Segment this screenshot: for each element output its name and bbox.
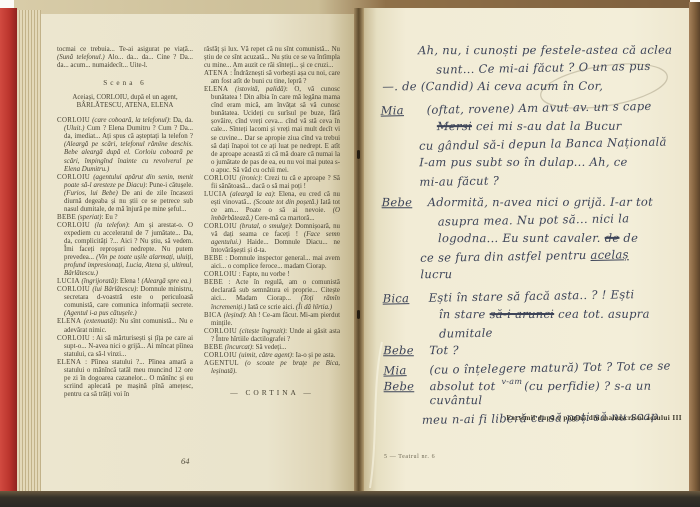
manuscript-text: logodna... Eu sunt cavaler. (438, 231, 605, 245)
speaker-name: CORLOIU (204, 328, 237, 335)
manuscript-text: Mersi (437, 119, 472, 133)
dialogue-line: LUCIA (aleargă la ea): Elena, eu cred că… (204, 191, 340, 223)
manuscript-line: cu gândul să-i depun la Banca Națională (379, 135, 679, 153)
manuscript-line: Bebeabsolut tot v-am(cu perfidie) ? s-a … (382, 380, 682, 408)
speaker-name: ATENA (204, 70, 228, 77)
book-bottom-shadow (0, 491, 700, 507)
manuscript-text: cei mi s-au dat la Bucur (472, 119, 622, 133)
speaker-name: BEBE (204, 344, 223, 351)
manuscript-text: mi-au făcut ? (419, 174, 499, 189)
right-page: Ah, nu, i cunoști pe festele-astea că ac… (364, 8, 689, 492)
speaker-name: LUCIA (204, 191, 227, 198)
manuscript-text: în stare (439, 307, 490, 321)
right-cover-edge (689, 2, 700, 507)
dialogue-line: LUCIA (îngrijorată): Elena ! (Aleargă sp… (57, 278, 193, 286)
speaker-name: ELENA (57, 318, 81, 325)
speaker-name: BEBE (57, 214, 76, 221)
manuscript-line: —. de (Candid) Ai ceva acum în Cor, (378, 80, 678, 94)
curtain-label: — CORTINA — (204, 389, 340, 397)
manuscript-line: BebeAdormită, n-avea nici o grijă. I-ar … (380, 196, 680, 210)
dialogue-line: BEBE (speriat): Eu ? (57, 214, 193, 222)
manuscript-line: asupra mea. Nu pot să... nici la (380, 211, 680, 229)
manuscript-text: dumitale (439, 326, 493, 341)
facsimile-caption: Facsimil după o pagină din manuscrisul a… (484, 414, 682, 422)
speaker-margin-name: Bebe (384, 380, 415, 393)
manuscript-line: Mersi cei mi s-au dat la Bucur (379, 120, 679, 134)
manuscript-line: logodna... Eu sunt cavaler. de de (380, 232, 680, 246)
manuscript-line: BicaEști în stare să facă asta.. ? ! Eșt… (381, 287, 681, 305)
scene-heading: Scena 6 (57, 79, 193, 87)
manuscript-text: (oftat, rovene) Am avut av. un s cape (427, 99, 652, 117)
manuscript-line: Mia(oftat, rovene) Am avut av. un s cape (379, 99, 679, 117)
manuscript-text: v-am (501, 377, 522, 386)
manuscript-text: cea tot. asupra (554, 307, 650, 321)
manuscript-line: Mia(cu o înțelegere matură) Tot ? Tot ce… (381, 359, 681, 377)
dialogue-line: CORLOIU : Ai să mărturisești și țîța pe … (57, 335, 193, 359)
dialogue-line: BEBE (încurcat): Să vedeți... (204, 344, 340, 352)
manuscript-line: dumitale (381, 323, 681, 341)
speaker-name: CORLOIU (57, 117, 90, 124)
manuscript-line: BebeTot ? (381, 344, 681, 358)
manuscript-text: să-i arunci (490, 307, 555, 321)
manuscript-line: mi-au făcut ? (379, 171, 679, 189)
dialogue-line: ELENA (istovită, palidă): O, vă cunosc b… (204, 86, 340, 175)
speaker-name: CORLOIU (204, 223, 237, 230)
speaker-name: CORLOIU (57, 335, 90, 342)
manuscript-text: de (605, 231, 620, 245)
stitch-thread (357, 150, 360, 159)
speaker-name: CORLOIU (204, 352, 237, 359)
manuscript-line: în stare să-i arunci cea tot. asupra (381, 308, 681, 322)
speaker-name: AGENTUL (204, 360, 239, 367)
speaker-margin-name: Mia (383, 364, 406, 377)
speaker-name: ELENA (204, 86, 228, 93)
manuscript-text: ce se fura din astfel pentru (420, 248, 590, 265)
manuscript-text: sunt... Ce mi-ai făcut ? O un as pus (436, 59, 651, 77)
left-column-1: tocmai ce trebuia... Te-ai asigurat pe v… (57, 46, 193, 494)
dialogue-line: AGENTUL (o scoate pe brațe pe Bica, leși… (204, 360, 340, 376)
speaker-name: ELENA (57, 359, 81, 366)
red-cover-spine (0, 8, 17, 502)
signature-footer: 5 — Teatrul nr. 6 (384, 454, 435, 460)
binding-gutter (354, 8, 364, 494)
speaker-name: CORLOIU (204, 175, 237, 182)
speaker-margin-name: Mia (381, 104, 404, 117)
manuscript-text: Adormită, n-avea nici o grijă. I-ar tot (428, 195, 653, 209)
dialogue-line: CORLOIU (lui Bârlătescu): Domnule minist… (57, 286, 193, 318)
manuscript-text: absolut tot (430, 379, 500, 393)
manuscript-text: —. de (Candid) Ai ceva acum în Cor, (382, 79, 603, 93)
manuscript-text: acelaș (590, 247, 629, 262)
cast-line: BÂRLĂTESCU, ATENA, ELENA (57, 102, 193, 110)
manuscript-line: sunt... Ce mi-ai făcut ? O un as pus (378, 59, 678, 77)
manuscript-line: Ah, nu, i cunoști pe festele-astea că ac… (378, 44, 678, 58)
speaker-name: BICA (204, 312, 222, 319)
dialogue-line: BICA (leșind): Ah ! Ce-am făcut. Mi-am p… (204, 312, 340, 328)
manuscript-lines: Ah, nu, i cunoști pe festele-astea că ac… (378, 42, 682, 431)
page-number: 64 (181, 456, 190, 466)
dialogue-line: BEBE : Acte în regulă, am o comunistă de… (204, 279, 340, 311)
dialogue-line: BEBE : Domnule inspector general... mai … (204, 255, 340, 271)
paragraph: răsfăț și lux. Vă repet că nu sînt comun… (204, 46, 340, 70)
manuscript-text: Ești în stare să facă asta.. ? ! Ești (429, 287, 635, 305)
dialogue-line: CORLOIU (ironic): Crezi tu că e aproape … (204, 175, 340, 191)
dialogue-line: ATENA : Îndrăznești să vorbești așa cu n… (204, 70, 340, 86)
manuscript-text: de (619, 231, 638, 245)
speaker-name: LUCIA (57, 278, 80, 285)
dialogue-line: CORLOIU (brutal, o smulge): Domnișoară, … (204, 223, 340, 255)
manuscript-text: asupra mea. Nu pot să... nici la (438, 211, 630, 228)
printed-text-area: tocmai ce trebuia... Te-ai asigurat pe v… (57, 46, 341, 494)
speaker-name: CORLOIU (204, 271, 237, 278)
dialogue-line: CORLOIU (uimit, către agent): Ia-o și pe… (204, 352, 340, 360)
manuscript-text: Ah, nu, i cunoști pe festele-astea că ac… (418, 43, 672, 57)
speaker-name: CORLOIU (57, 286, 90, 293)
speaker-margin-name: Bebe (382, 196, 413, 209)
manuscript-text: lucru (420, 267, 452, 281)
speaker-name: BEBE (204, 255, 223, 262)
manuscript-text: (cu o înțelegere matură) Tot ? Tot ce se (429, 359, 671, 377)
dialogue-line: CORLOIU : Fapte, nu vorbe ! (204, 271, 340, 279)
left-page-edge-stack (17, 10, 41, 494)
manuscript-line: ce se fura din astfel pentru acelaș (380, 247, 680, 265)
manuscript-line: lucru (380, 268, 680, 282)
speaker-name: BEBE (204, 279, 223, 286)
stitch-thread (357, 310, 360, 319)
cast-list: Aceiași, CORLOIU, după el un agent,BÂRLĂ… (57, 94, 193, 110)
dialogue-line: ELENA (extenuată): Nu sînt comunistă... … (57, 318, 193, 334)
paragraph: tocmai ce trebuia... Te-ai asigurat pe v… (57, 46, 193, 70)
speaker-name: CORLOIU (57, 222, 90, 229)
speaker-margin-name: Bica (383, 292, 410, 305)
dialogue-line: CORLOIU (care coboară, la telefonul): Da… (57, 117, 193, 173)
left-page: tocmai ce trebuia... Te-ai asigurat pe v… (41, 14, 354, 492)
dialogue-line: CORLOIU (citește îngrozit): Unde ai găsi… (204, 328, 340, 344)
left-column-2: răsfăț și lux. Vă repet că nu sînt comun… (204, 46, 340, 494)
dialogue-line: CORLOIU (la telefon): Am și arestat-o. O… (57, 222, 193, 278)
manuscript-text: cu gândul să-i depun la Banca Națională (419, 135, 667, 153)
speaker-margin-name: Bebe (383, 344, 414, 357)
dialogue-line: ELENA : Pîinea statului ?... Pîinea amar… (57, 359, 193, 399)
manuscript-text: I-am pus subt so în dulap... Ah, ce (419, 155, 627, 169)
manuscript-text: Tot ? (429, 343, 459, 357)
dialogue-line: CORLOIU (agentului apărut din senin, men… (57, 174, 193, 214)
manuscript-line: I-am pus subt so în dulap... Ah, ce (379, 156, 679, 170)
speaker-name: CORLOIU (57, 174, 90, 181)
